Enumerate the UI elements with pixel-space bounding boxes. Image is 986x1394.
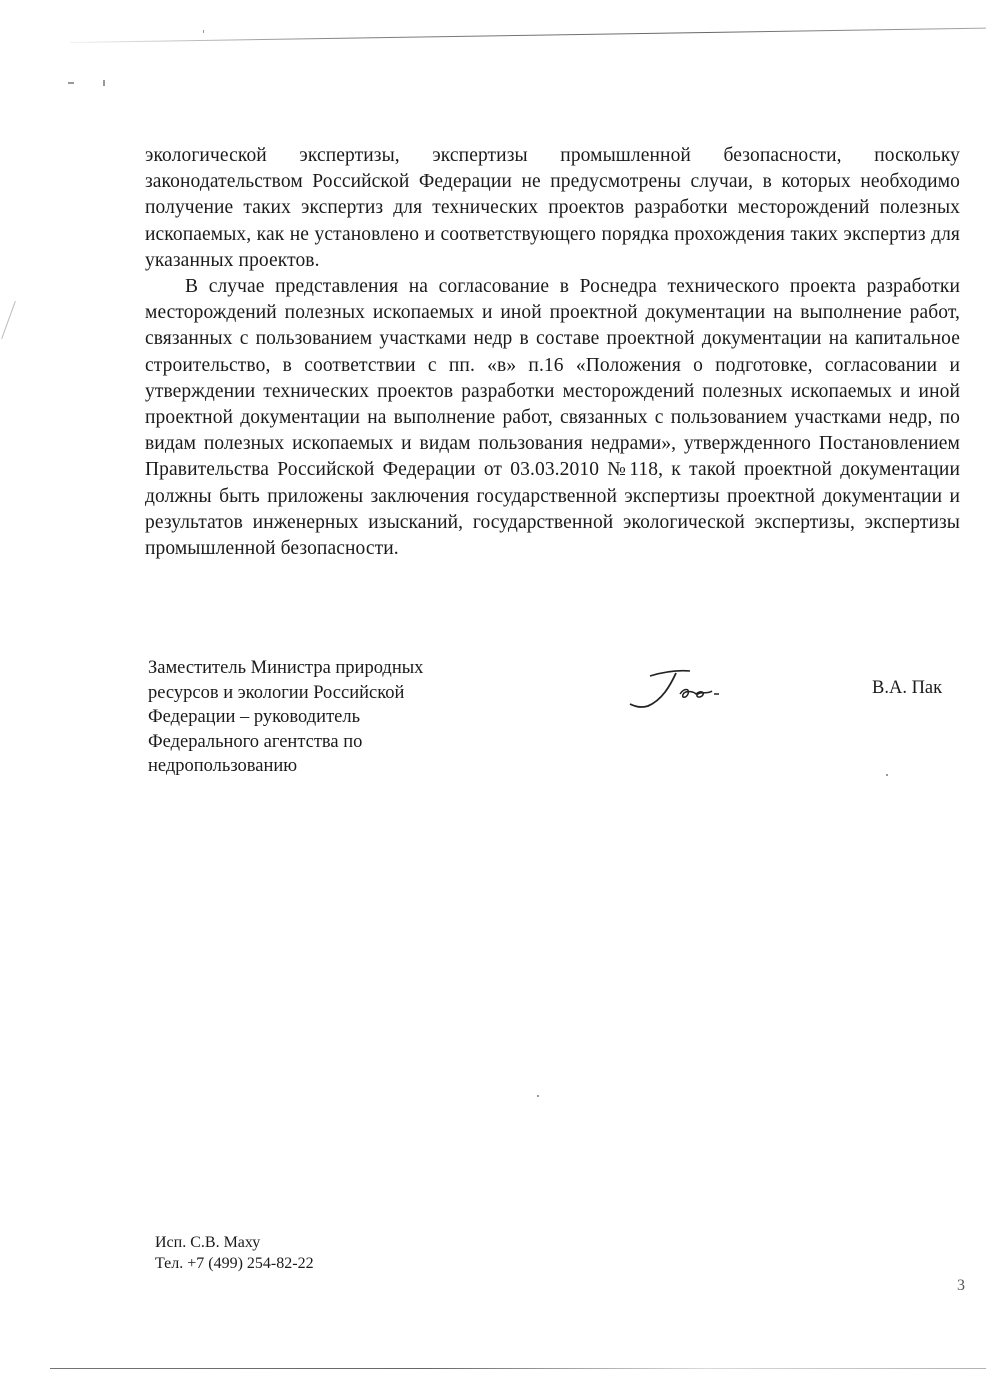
executor-phone: Тел. +7 (499) 254-82-22	[155, 1253, 314, 1274]
executor-name: Исп. С.В. Маху	[155, 1232, 314, 1253]
scan-speck	[886, 774, 888, 776]
handwritten-signature-icon	[618, 664, 728, 714]
scan-edge-bottom	[50, 1368, 986, 1369]
signatory-title: Заместитель Министра природных ресурсов …	[148, 656, 488, 779]
scan-speck	[103, 80, 105, 86]
scan-speck	[68, 82, 74, 84]
signatory-title-line: Федерации – руководитель	[148, 705, 488, 730]
paragraph-1: экологической экспертизы, экспертизы про…	[145, 143, 960, 274]
paragraph-2: В случае представления на согласование в…	[145, 274, 960, 562]
scan-speck	[537, 1095, 539, 1097]
signatory-title-line: Федерального агентства по	[148, 730, 488, 755]
signer-name: В.А. Пак	[872, 678, 942, 699]
document-body: экологической экспертизы, экспертизы про…	[145, 143, 960, 562]
signatory-title-line: Заместитель Министра природных	[148, 656, 488, 681]
signatory-title-line: недропользованию	[148, 754, 488, 779]
page-number: 3	[957, 1277, 965, 1295]
signatory-title-line: ресурсов и экологии Российской	[148, 681, 488, 706]
scan-speck	[203, 30, 204, 33]
scan-edge-top	[70, 28, 986, 43]
scan-speck	[1, 301, 16, 339]
executor-info: Исп. С.В. Маху Тел. +7 (499) 254-82-22	[155, 1232, 314, 1274]
